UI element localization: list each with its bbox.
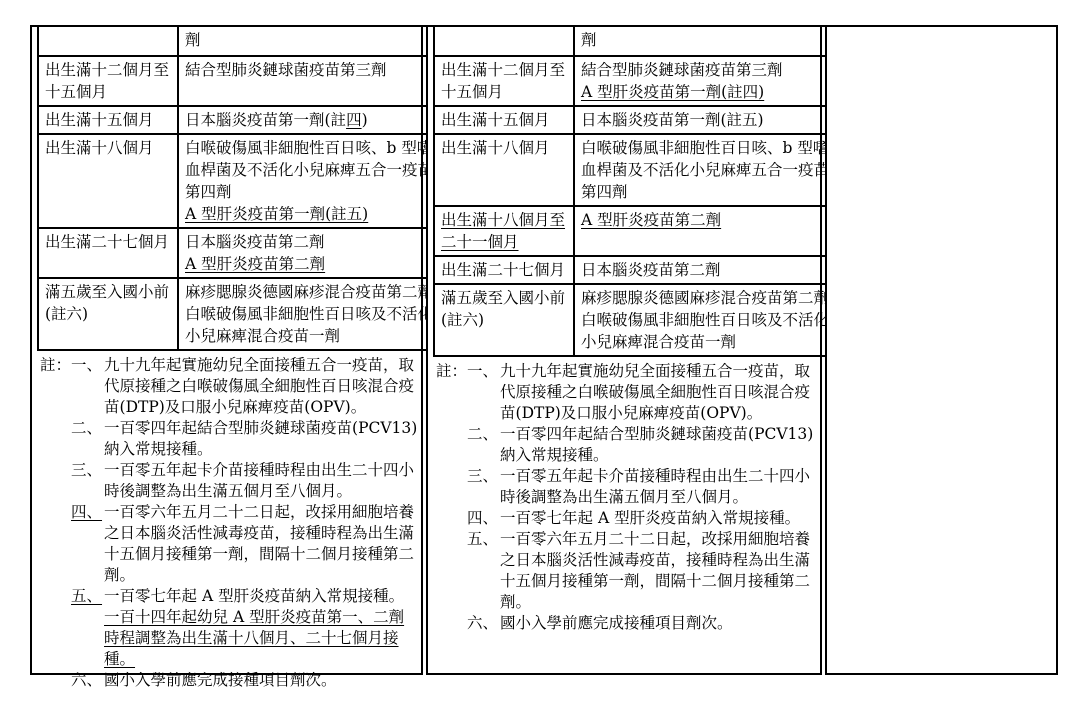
vaccine-line: A 型肝炎疫苗第一劑(註五)	[185, 203, 435, 225]
note-text: 國小入學前應完成接種項目劑次。	[104, 670, 419, 691]
vaccine-cell: 結合型肺炎鏈球菌疫苗第三劑A 型肝炎疫苗第一劑(註四)	[574, 56, 838, 106]
age-line: 出生滿十二個月至十五個月	[45, 59, 171, 103]
vaccine-line: A 型肝炎疫苗第一劑(註四)	[581, 81, 831, 103]
vaccine-line: 白喉破傷風非細胞性百日咳及不活化小兒麻痺混合疫苗一劑	[185, 303, 435, 347]
age-cell: 出生滿十八個月	[434, 134, 574, 206]
underlined-text: 一百十四年起幼兒 A 型肝炎疫苗第一、二劑時程調整為出生滿十八個月、二十七個月接…	[104, 608, 404, 668]
note-item: 四、一百零七年起 A 型肝炎疫苗納入常規接種。	[467, 508, 818, 529]
age-cell	[434, 26, 574, 56]
note-number: 一、	[467, 361, 500, 382]
vaccine-cell: 麻疹腮腺炎德國麻疹混合疫苗第二劑白喉破傷風非細胞性百日咳及不活化小兒麻痺混合疫苗…	[178, 278, 442, 350]
note-text: 一百零五年起卡介苗接種時程由出生二十四小時後調整為出生滿五個月至八個月。	[104, 460, 419, 502]
table-row: 出生滿十五個月日本腦炎疫苗第一劑(註四)	[38, 106, 442, 134]
right-vaccine-table: 劑出生滿十二個月至十五個月結合型肺炎鏈球菌疫苗第三劑A 型肝炎疫苗第一劑(註四)…	[433, 25, 839, 357]
table-row: 出生滿十八個月至二十一個月A 型肝炎疫苗第二劑	[434, 206, 838, 256]
vaccine-cell: 日本腦炎疫苗第一劑(註四)	[178, 106, 442, 134]
notes-label: 註：	[40, 355, 71, 376]
text-run: 滿五歲至入國小前(註六)	[441, 289, 565, 329]
vaccine-cell: 日本腦炎疫苗第一劑(註五)	[574, 106, 838, 134]
text-run: 日本腦炎疫苗第一劑(註五)	[581, 111, 764, 129]
right-notes: 註：一、九十九年起實施幼兒全面接種五合一疫苗，取代原接種之白喉破傷風全細胞性百日…	[436, 361, 818, 634]
note-number: 二、	[71, 418, 104, 439]
age-line: 出生滿十八個月	[441, 137, 567, 159]
age-cell: 出生滿二十七個月	[434, 256, 574, 284]
vaccine-line: 劑	[581, 29, 831, 51]
age-cell: 出生滿十八個月	[38, 134, 178, 228]
underlined-text: A 型肝炎疫苗第二劑	[581, 211, 721, 229]
note-text: 一百零六年五月二十二日起，改採用細胞培養之日本腦炎活性減毒疫苗，接種時程為出生滿…	[104, 502, 419, 586]
vaccine-line: 日本腦炎疫苗第二劑	[581, 259, 831, 281]
note-text: 九十九年起實施幼兒全面接種五合一疫苗，取代原接種之白喉破傷風全細胞性百日咳混合疫…	[500, 361, 818, 424]
vaccine-line: 白喉破傷風非細胞性百日咳、b 型嗜血桿菌及不活化小兒麻痺五合一疫苗第四劑	[581, 137, 831, 203]
text-run: 日本腦炎疫苗第一劑(註	[185, 111, 346, 129]
note-text: 國小入學前應完成接種項目劑次。	[500, 613, 818, 634]
text-run: 一百零六年五月二十二日起，改採用細胞培養之日本腦炎活性減毒疫苗，接種時程為出生滿…	[500, 530, 810, 611]
underlined-text: A 型肝炎疫苗第一劑(註四)	[581, 83, 764, 101]
note-text: 一百零五年起卡介苗接種時程由出生二十四小時後調整為出生滿五個月至八個月。	[500, 466, 818, 508]
note-item: 二、一百零四年起結合型肺炎鏈球菌疫苗(PCV13)納入常規接種。	[467, 424, 818, 466]
age-cell: 滿五歲至入國小前(註六)	[38, 278, 178, 350]
age-line: 出生滿十五個月	[45, 109, 171, 131]
left-vaccine-table: 劑出生滿十二個月至十五個月結合型肺炎鏈球菌疫苗第三劑出生滿十五個月日本腦炎疫苗第…	[37, 25, 443, 351]
notes-list: 一、九十九年起實施幼兒全面接種五合一疫苗，取代原接種之白喉破傷風全細胞性百日咳混…	[467, 361, 818, 634]
age-cell: 出生滿十二個月至十五個月	[434, 56, 574, 106]
note-number: 三、	[71, 460, 104, 481]
vaccine-line: A 型肝炎疫苗第二劑	[581, 209, 831, 231]
note-number: 六、	[467, 613, 500, 634]
table-row: 出生滿十五個月日本腦炎疫苗第一劑(註五)	[434, 106, 838, 134]
note-number: 一、	[71, 355, 104, 376]
note-text: 一百零四年起結合型肺炎鏈球菌疫苗(PCV13)納入常規接種。	[104, 418, 419, 460]
note-number: 五、	[467, 529, 500, 550]
table-row: 出生滿二十七個月日本腦炎疫苗第二劑A 型肝炎疫苗第二劑	[38, 228, 442, 278]
table-row: 劑	[38, 26, 442, 56]
text-run: 出生滿二十七個月	[45, 233, 169, 251]
text-run: 白喉破傷風非細胞性百日咳及不活化小兒麻痺混合疫苗一劑	[185, 305, 433, 345]
left-notes: 註：一、九十九年起實施幼兒全面接種五合一疫苗，取代原接種之白喉破傷風全細胞性百日…	[40, 355, 419, 691]
age-cell: 出生滿二十七個月	[38, 228, 178, 278]
text-run: 出生滿十五個月	[441, 111, 550, 129]
text-run: 國小入學前應完成接種項目劑次。	[104, 671, 337, 689]
document-page: 劑出生滿十二個月至十五個月結合型肺炎鏈球菌疫苗第三劑出生滿十五個月日本腦炎疫苗第…	[0, 0, 1083, 709]
notes-label: 註：	[436, 361, 467, 382]
age-cell: 滿五歲至入國小前(註六)	[434, 284, 574, 356]
age-cell: 出生滿十五個月	[434, 106, 574, 134]
text-run: 一百零七年起 A 型肝炎疫苗納入常規接種。	[104, 587, 404, 605]
note-item: 六、國小入學前應完成接種項目劑次。	[71, 670, 419, 691]
text-run: 麻疹腮腺炎德國麻疹混合疫苗第二劑	[581, 289, 829, 307]
vaccine-line: 白喉破傷風非細胞性百日咳及不活化小兒麻痺混合疫苗一劑	[581, 309, 831, 353]
text-run: 結合型肺炎鏈球菌疫苗第三劑	[581, 61, 783, 79]
vaccine-cell: 結合型肺炎鏈球菌疫苗第三劑	[178, 56, 442, 106]
vaccine-line: 日本腦炎疫苗第一劑(註四)	[185, 109, 435, 131]
vaccine-cell: 麻疹腮腺炎德國麻疹混合疫苗第二劑白喉破傷風非細胞性百日咳及不活化小兒麻痺混合疫苗…	[574, 284, 838, 356]
note-number: 六、	[71, 670, 104, 691]
text-run: 滿五歲至入國小前(註六)	[45, 283, 169, 323]
table-row: 出生滿十二個月至十五個月結合型肺炎鏈球菌疫苗第三劑	[38, 56, 442, 106]
vaccine-line: A 型肝炎疫苗第二劑	[185, 253, 435, 275]
vaccine-line: 結合型肺炎鏈球菌疫苗第三劑	[185, 59, 435, 81]
table-row: 劑	[434, 26, 838, 56]
vaccine-cell: 白喉破傷風非細胞性百日咳、b 型嗜血桿菌及不活化小兒麻痺五合一疫苗第四劑	[574, 134, 838, 206]
age-line: 出生滿十八個月至二十一個月	[441, 209, 567, 253]
left-page-cell: 劑出生滿十二個月至十五個月結合型肺炎鏈球菌疫苗第三劑出生滿十五個月日本腦炎疫苗第…	[30, 25, 423, 675]
note-item: 二、一百零四年起結合型肺炎鏈球菌疫苗(PCV13)納入常規接種。	[71, 418, 419, 460]
empty-cell	[825, 25, 1058, 675]
table-row: 出生滿十八個月白喉破傷風非細胞性百日咳、b 型嗜血桿菌及不活化小兒麻痺五合一疫苗…	[38, 134, 442, 228]
vaccine-line: 麻疹腮腺炎德國麻疹混合疫苗第二劑	[581, 287, 831, 309]
age-line: 滿五歲至入國小前(註六)	[45, 281, 171, 325]
note-item: 三、一百零五年起卡介苗接種時程由出生二十四小時後調整為出生滿五個月至八個月。	[467, 466, 818, 508]
text-run: 一百零四年起結合型肺炎鏈球菌疫苗(PCV13)納入常規接種。	[500, 425, 813, 464]
vaccine-cell: 劑	[574, 26, 838, 56]
text-run: 出生滿十八個月	[45, 139, 154, 157]
note-text: 九十九年起實施幼兒全面接種五合一疫苗，取代原接種之白喉破傷風全細胞性百日咳混合疫…	[104, 355, 419, 418]
table-row: 出生滿十二個月至十五個月結合型肺炎鏈球菌疫苗第三劑A 型肝炎疫苗第一劑(註四)	[434, 56, 838, 106]
note-text: 一百零七年起 A 型肝炎疫苗納入常規接種。一百十四年起幼兒 A 型肝炎疫苗第一、…	[104, 586, 419, 670]
text-run: 出生滿十五個月	[45, 111, 154, 129]
underlined-text: 出生滿十八個月至二十一個月	[441, 211, 565, 251]
text-run: 九十九年起實施幼兒全面接種五合一疫苗，取代原接種之白喉破傷風全細胞性百日咳混合疫…	[104, 356, 414, 416]
age-line: 出生滿十五個月	[441, 109, 567, 131]
text-run: 出生滿十八個月	[441, 139, 550, 157]
text-run: 出生滿二十七個月	[441, 261, 565, 279]
text-run: 一百零五年起卡介苗接種時程由出生二十四小時後調整為出生滿五個月至八個月。	[500, 467, 810, 506]
note-text: 一百零七年起 A 型肝炎疫苗納入常規接種。	[500, 508, 818, 529]
vaccine-cell: 劑	[178, 26, 442, 56]
text-run: 劑	[581, 31, 597, 49]
vaccine-line: 日本腦炎疫苗第二劑	[185, 231, 435, 253]
note-number: 五、	[71, 586, 104, 607]
text-run: 一百零五年起卡介苗接種時程由出生二十四小時後調整為出生滿五個月至八個月。	[104, 461, 414, 500]
age-line: 出生滿二十七個月	[441, 259, 567, 281]
note-item: 六、國小入學前應完成接種項目劑次。	[467, 613, 818, 634]
table-row: 出生滿二十七個月日本腦炎疫苗第二劑	[434, 256, 838, 284]
underlined-text: A 型肝炎疫苗第一劑(註五)	[185, 205, 368, 223]
note-text: 一百零四年起結合型肺炎鏈球菌疫苗(PCV13)納入常規接種。	[500, 424, 818, 466]
note-number: 四、	[71, 502, 104, 523]
text-run: 白喉破傷風非細胞性百日咳及不活化小兒麻痺混合疫苗一劑	[581, 311, 829, 351]
note-number: 三、	[467, 466, 500, 487]
vaccine-line: 麻疹腮腺炎德國麻疹混合疫苗第二劑	[185, 281, 435, 303]
age-line: 出生滿二十七個月	[45, 231, 171, 253]
text-run: 一百零六年五月二十二日起，改採用細胞培養之日本腦炎活性減毒疫苗，接種時程為出生滿…	[104, 503, 414, 584]
table-row: 滿五歲至入國小前(註六)麻疹腮腺炎德國麻疹混合疫苗第二劑白喉破傷風非細胞性百日咳…	[38, 278, 442, 350]
vaccine-cell: 日本腦炎疫苗第二劑A 型肝炎疫苗第二劑	[178, 228, 442, 278]
notes-list: 一、九十九年起實施幼兒全面接種五合一疫苗，取代原接種之白喉破傷風全細胞性百日咳混…	[71, 355, 419, 691]
note-item: 一、九十九年起實施幼兒全面接種五合一疫苗，取代原接種之白喉破傷風全細胞性百日咳混…	[71, 355, 419, 418]
note-item: 五、一百零七年起 A 型肝炎疫苗納入常規接種。一百十四年起幼兒 A 型肝炎疫苗第…	[71, 586, 419, 670]
note-item: 三、一百零五年起卡介苗接種時程由出生二十四小時後調整為出生滿五個月至八個月。	[71, 460, 419, 502]
right-page-cell: 劑出生滿十二個月至十五個月結合型肺炎鏈球菌疫苗第三劑A 型肝炎疫苗第一劑(註四)…	[426, 25, 822, 675]
underlined-text: A 型肝炎疫苗第二劑	[185, 255, 325, 273]
text-run: 白喉破傷風非細胞性百日咳、b 型嗜血桿菌及不活化小兒麻痺五合一疫苗第四劑	[581, 139, 829, 201]
text-run: 日本腦炎疫苗第二劑	[581, 261, 721, 279]
note-item: 四、一百零六年五月二十二日起，改採用細胞培養之日本腦炎活性減毒疫苗，接種時程為出…	[71, 502, 419, 586]
vaccine-line: 劑	[185, 29, 435, 51]
age-cell	[38, 26, 178, 56]
age-cell: 出生滿十二個月至十五個月	[38, 56, 178, 106]
text-run: 出生滿十二個月至十五個月	[441, 61, 565, 101]
vaccine-line: 結合型肺炎鏈球菌疫苗第三劑	[581, 59, 831, 81]
text-run: 一百零四年起結合型肺炎鏈球菌疫苗(PCV13)納入常規接種。	[104, 419, 417, 458]
text-run: )	[362, 111, 368, 129]
text-run: 出生滿十二個月至十五個月	[45, 61, 169, 101]
vaccine-line: 日本腦炎疫苗第一劑(註五)	[581, 109, 831, 131]
vaccine-cell: A 型肝炎疫苗第二劑	[574, 206, 838, 256]
text-run: 結合型肺炎鏈球菌疫苗第三劑	[185, 61, 387, 79]
text-run: 劑	[185, 31, 201, 49]
age-line: 滿五歲至入國小前(註六)	[441, 287, 567, 331]
table-row: 滿五歲至入國小前(註六)麻疹腮腺炎德國麻疹混合疫苗第二劑白喉破傷風非細胞性百日咳…	[434, 284, 838, 356]
text-run: 國小入學前應完成接種項目劑次。	[500, 614, 733, 632]
text-run: 白喉破傷風非細胞性百日咳、b 型嗜血桿菌及不活化小兒麻痺五合一疫苗第四劑	[185, 139, 433, 201]
note-item: 五、一百零六年五月二十二日起，改採用細胞培養之日本腦炎活性減毒疫苗，接種時程為出…	[467, 529, 818, 613]
underlined-text: 四	[346, 111, 362, 129]
note-number: 二、	[467, 424, 500, 445]
text-run: 九十九年起實施幼兒全面接種五合一疫苗，取代原接種之白喉破傷風全細胞性百日咳混合疫…	[500, 362, 810, 422]
vaccine-cell: 日本腦炎疫苗第二劑	[574, 256, 838, 284]
text-run: 一百零七年起 A 型肝炎疫苗納入常規接種。	[500, 509, 800, 527]
table-row: 出生滿十八個月白喉破傷風非細胞性百日咳、b 型嗜血桿菌及不活化小兒麻痺五合一疫苗…	[434, 134, 838, 206]
age-cell: 出生滿十八個月至二十一個月	[434, 206, 574, 256]
note-number: 四、	[467, 508, 500, 529]
note-item: 一、九十九年起實施幼兒全面接種五合一疫苗，取代原接種之白喉破傷風全細胞性百日咳混…	[467, 361, 818, 424]
text-run: 麻疹腮腺炎德國麻疹混合疫苗第二劑	[185, 283, 433, 301]
age-line: 出生滿十八個月	[45, 137, 171, 159]
age-cell: 出生滿十五個月	[38, 106, 178, 134]
vaccine-line: 白喉破傷風非細胞性百日咳、b 型嗜血桿菌及不活化小兒麻痺五合一疫苗第四劑	[185, 137, 435, 203]
note-text: 一百零六年五月二十二日起，改採用細胞培養之日本腦炎活性減毒疫苗，接種時程為出生滿…	[500, 529, 818, 613]
age-line: 出生滿十二個月至十五個月	[441, 59, 567, 103]
vaccine-cell: 白喉破傷風非細胞性百日咳、b 型嗜血桿菌及不活化小兒麻痺五合一疫苗第四劑A 型肝…	[178, 134, 442, 228]
text-run: 日本腦炎疫苗第二劑	[185, 233, 325, 251]
